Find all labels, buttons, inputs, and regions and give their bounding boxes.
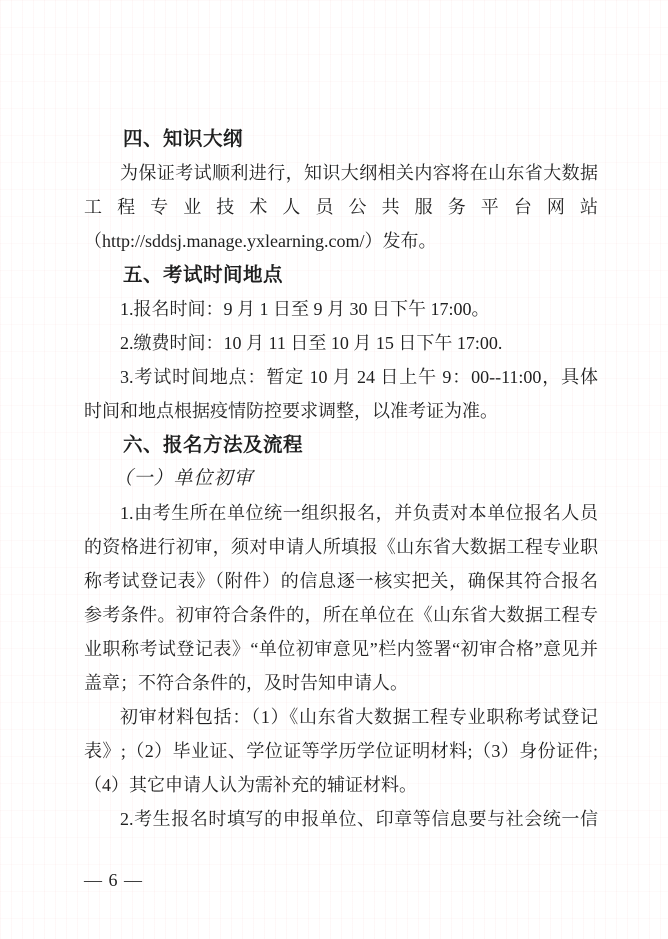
section-6-paragraph-1-line-2: 的资格进行初审，须对申请人所填报《山东省大数据工程专业职 xyxy=(84,530,598,564)
section-6-paragraph-1-line-4: 参考条件。初审符合条件的，所在单位在《山东省大数据工程专 xyxy=(84,598,598,632)
section-6-paragraph-2-line-3: （4）其它申请人认为需补充的辅证材料。 xyxy=(84,768,598,802)
section-4-paragraph-line-1: 为保证考试顺利进行，知识大纲相关内容将在山东省大数据 xyxy=(84,156,598,190)
page-number: — 6 — xyxy=(84,868,143,892)
section-6-paragraph-1-line-3: 称考试登记表》（附件）的信息逐一核实把关，确保其符合报名 xyxy=(84,564,598,598)
section-6-heading: 六、报名方法及流程 xyxy=(84,428,598,462)
section-6-paragraph-1-line-6: 盖章；不符合条件的，及时告知申请人。 xyxy=(84,666,598,700)
section-4-url-line: （http://sddsj.manage.yxlearning.com/）发布。 xyxy=(84,224,598,258)
section-5-item-1: 1.报名时间：9 月 1 日至 9 月 30 日下午 17:00。 xyxy=(84,292,598,326)
section-4-paragraph-line-2: 工程专业技术人员公共服务平台网站 xyxy=(84,190,598,224)
section-6-subheading: （一）单位初审 xyxy=(84,462,598,496)
section-5-heading: 五、考试时间地点 xyxy=(84,258,598,292)
section-5-item-2: 2.缴费时间：10 月 11 日至 10 月 15 日下午 17:00. xyxy=(84,326,598,360)
section-4-heading: 四、知识大纲 xyxy=(84,122,598,156)
section-6-paragraph-1-line-5: 业职称考试登记表》“单位初审意见”栏内签署“初审合格”意见并 xyxy=(84,632,598,666)
document-body: 四、知识大纲 为保证考试顺利进行，知识大纲相关内容将在山东省大数据 工程专业技术… xyxy=(84,122,598,836)
section-6-paragraph-3-line-1: 2.考生报名时填写的申报单位、印章等信息要与社会统一信 xyxy=(84,802,598,836)
section-5-item-3-line-2: 时间和地点根据疫情防控要求调整，以准考证为准。 xyxy=(84,394,598,428)
section-6-paragraph-2-line-1: 初审材料包括：（1）《山东省大数据工程专业职称考试登记 xyxy=(84,700,598,734)
section-5-item-3-line-1: 3.考试时间地点：暂定 10 月 24 日上午 9：00--11:00，具体 xyxy=(84,360,598,394)
section-6-paragraph-2-line-2: 表》;（2）毕业证、学位证等学历学位证明材料;（3）身份证件; xyxy=(84,734,598,768)
section-6-paragraph-1-line-1: 1.由考生所在单位统一组织报名，并负责对本单位报名人员 xyxy=(84,496,598,530)
